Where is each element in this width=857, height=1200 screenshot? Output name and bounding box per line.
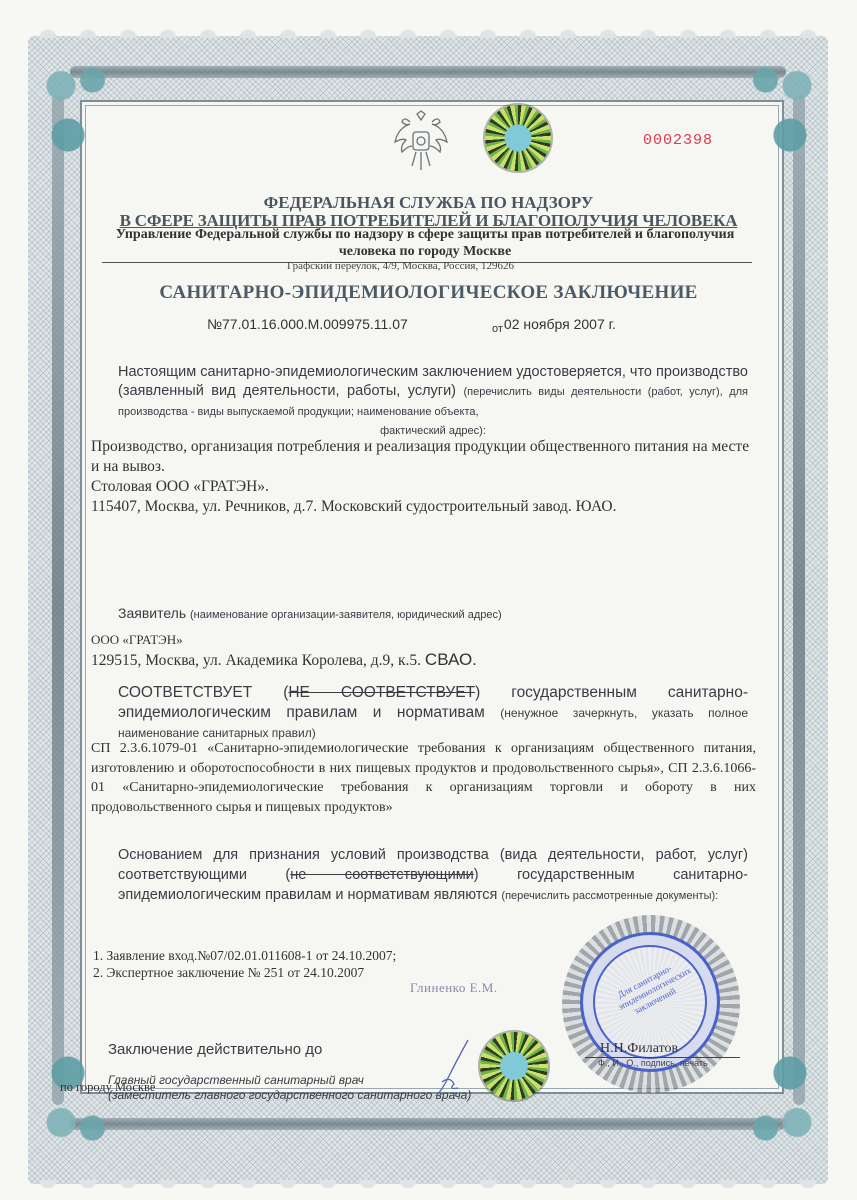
conformity-status: СООТВЕТСТВУЕТ (118, 684, 252, 701)
applicant-name: ООО «ГРАТЭН» (91, 630, 751, 650)
sanitary-rules: СП 2.3.6.1079-01 «Санитарно-эпидемиологи… (91, 739, 756, 817)
name-stamp: Глиненко Е.М. (410, 980, 498, 996)
basis-note: (перечислить рассмотренные документы): (501, 890, 718, 902)
conformity-struck: НЕ СООТВЕТСТВУЕТ (288, 684, 475, 701)
chief-doctor-title: Главный государственный санитарный врач … (108, 1073, 471, 1103)
frame-band-top (70, 66, 786, 78)
certificate-date: от02 ноября 2007 г. (492, 316, 616, 335)
certificate-number: №77.01.16.000.М.009975.11.07 (207, 316, 408, 332)
date-prefix: от (492, 323, 503, 335)
corner-ornament-icon (748, 1040, 818, 1150)
city-stamp: по городу Москве (60, 1080, 155, 1095)
basis-paragraph: Основанием для признания условий произво… (118, 845, 748, 906)
signer-name: Н.Н.Филатов (600, 1041, 678, 1057)
applicant-block: ООО «ГРАТЭН» 129515, Москва, ул. Академи… (91, 630, 751, 671)
activity-object: Столовая ООО «ГРАТЭН». (91, 477, 756, 497)
department-name: Управление Федеральной службы по надзору… (100, 226, 750, 260)
applicant-label: Заявитель (118, 605, 186, 621)
agency-name: ФЕДЕРАЛЬНАЯ СЛУЖБА ПО НАДЗОРУ (0, 193, 857, 213)
hologram-emblem-icon (485, 105, 551, 171)
activity-description: Производство, организация потребления и … (91, 437, 756, 477)
valid-until-label: Заключение действительно до (108, 1041, 322, 1058)
document-item: 2. Экспертное заключение № 251 от 24.10.… (93, 964, 396, 981)
frame-band-right (793, 95, 805, 1105)
basis-struck: не соответствующими (290, 867, 474, 883)
corner-ornament-icon (40, 58, 110, 168)
applicant-note: (наименование организации-заявителя, юри… (190, 609, 502, 621)
document-item: 1. Заявление вход.№07/02.01.011608-1 от … (93, 947, 396, 964)
signature-icon (428, 1038, 478, 1098)
double-headed-eagle-icon (392, 110, 450, 172)
frame-band-left (52, 95, 64, 1105)
applicant-district: СВАО. (425, 650, 477, 669)
hologram-emblem-icon (480, 1032, 548, 1100)
intro-paragraph: Настоящим санитарно-эпидемиологическим з… (118, 363, 748, 441)
activity-block: Производство, организация потребления и … (91, 437, 756, 517)
corner-ornament-icon (748, 58, 818, 168)
frame-wave-top (28, 24, 828, 38)
agency-address: Графский переулок, 4/9, Москва, Россия, … (287, 260, 514, 272)
documents-list: 1. Заявление вход.№07/02.01.011608-1 от … (93, 947, 396, 981)
applicant-address-row: 129515, Москва, ул. Академика Королева, … (91, 650, 751, 671)
document-title: САНИТАРНО-ЭПИДЕМИОЛОГИЧЕСКОЕ ЗАКЛЮЧЕНИЕ (0, 282, 857, 304)
corner-ornament-icon (40, 1040, 110, 1150)
applicant-label-row: Заявитель (наименование организации-заяв… (118, 605, 502, 621)
date-value: 02 ноября 2007 г. (504, 316, 616, 332)
doctor-title-line2: (заместитель главного государственного с… (108, 1088, 471, 1103)
doctor-title-line1: Главный государственный санитарный врач (108, 1073, 471, 1088)
frame-wave-bottom (28, 1180, 828, 1194)
activity-address: 115407, Москва, ул. Речников, д.7. Моско… (91, 497, 756, 517)
signer-caption: Ф., И., О., подпись, печать (598, 1058, 708, 1068)
conformity-paragraph: СООТВЕТСТВУЕТ (НЕ СООТВЕТСТВУЕТ) государ… (118, 683, 748, 743)
frame-band-bottom (70, 1118, 786, 1130)
serial-number: 0002398 (643, 132, 713, 149)
applicant-address: 129515, Москва, ул. Академика Королева, … (91, 652, 421, 669)
